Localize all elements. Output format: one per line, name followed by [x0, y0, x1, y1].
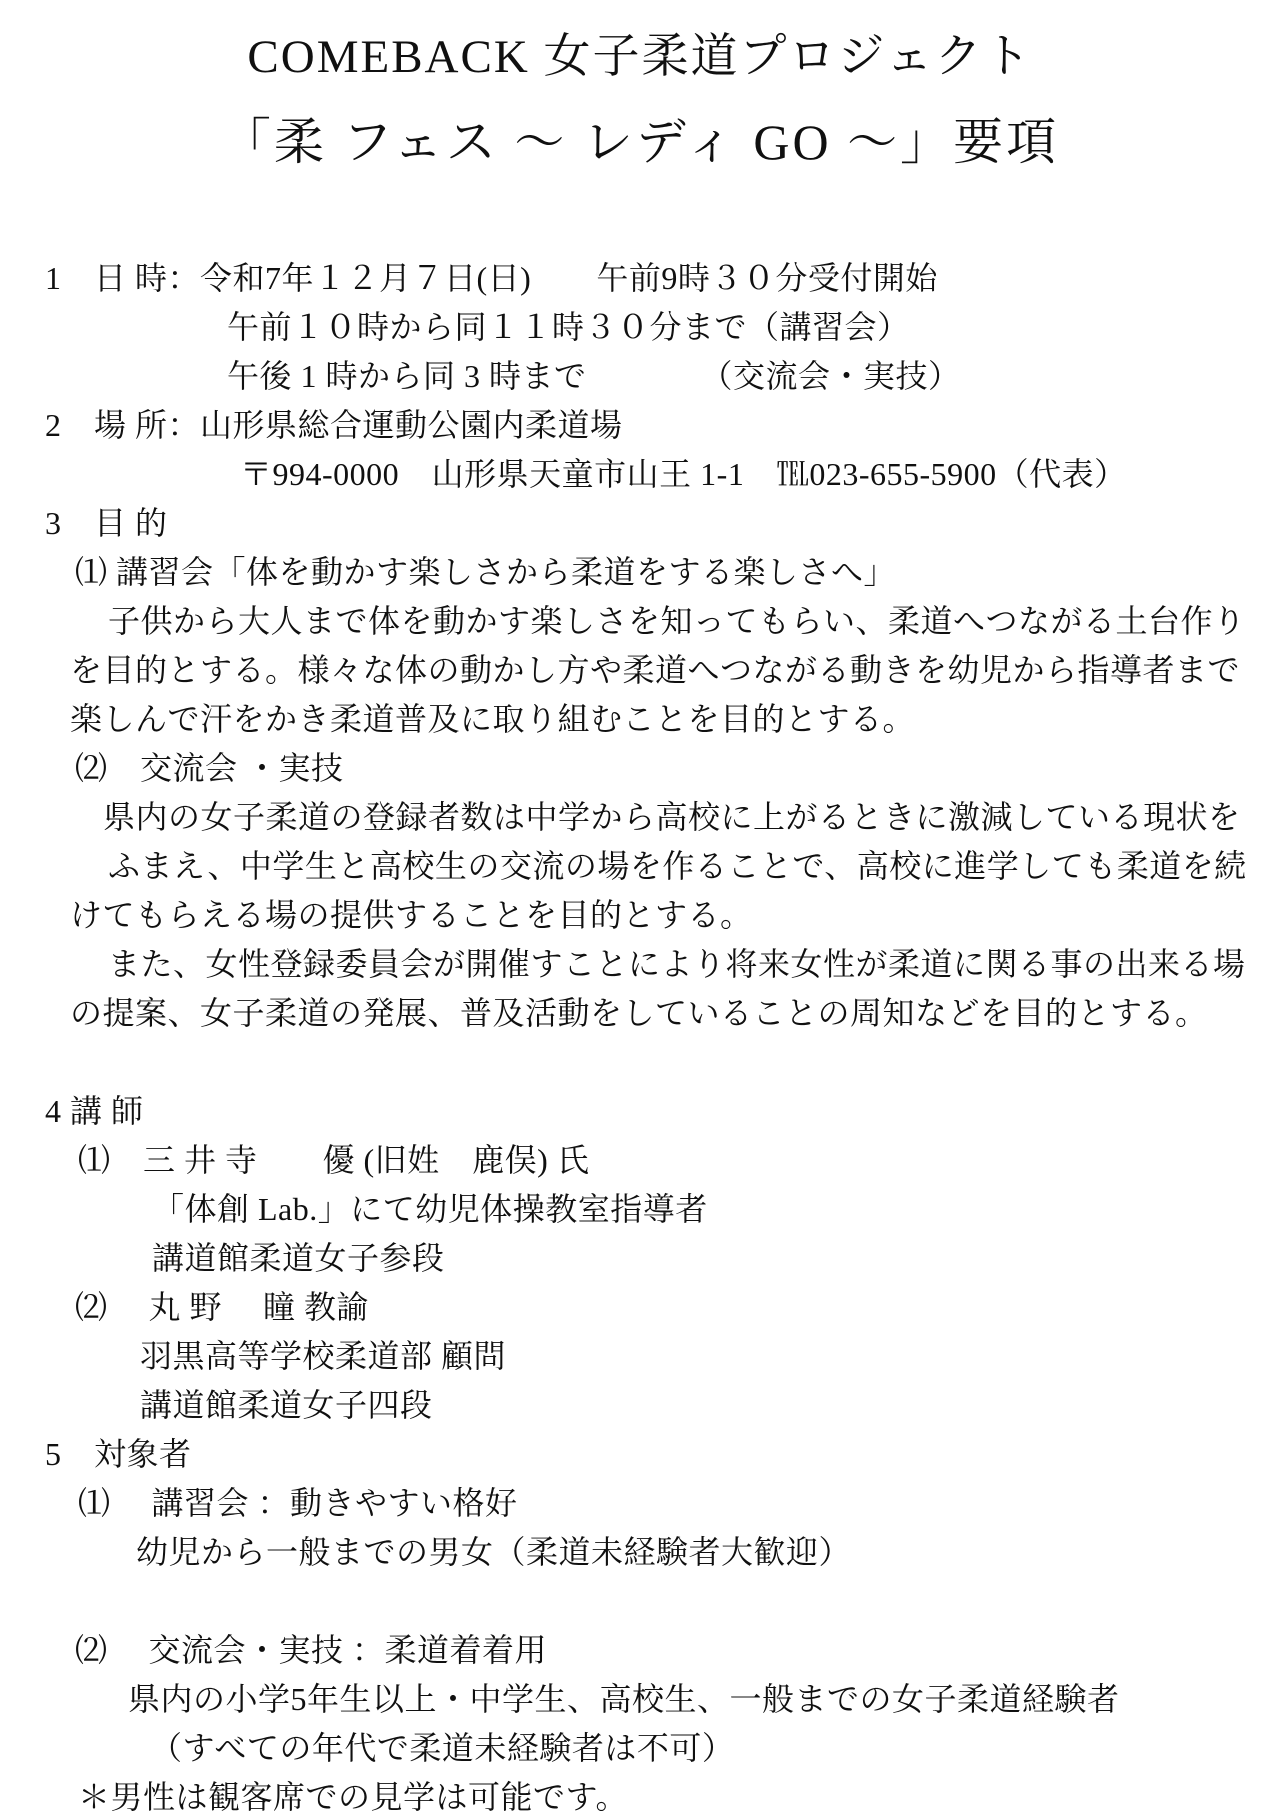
- document-body: 1 日 時：令和7年１２月７日(日) 午前9時３０分受付開始午前１０時から同１１…: [0, 254, 1280, 1814]
- document-line: 講道館柔道女子四段: [0, 1381, 1280, 1430]
- document-line: けてもらえる場の提供することを目的とする。: [0, 891, 1280, 940]
- document-line: ⑵ 交流会・実技 ：柔道着着用: [0, 1626, 1280, 1675]
- document-line: 〒994-0000 山形県天童市山王 1-1 ℡023-655-5900（代表）: [0, 450, 1280, 499]
- document-line: 講道館柔道女子参段: [0, 1234, 1280, 1283]
- document-blank-line: [0, 1577, 1280, 1626]
- document-line: 午前１０時から同１１時３０分まで（講習会）: [0, 303, 1280, 352]
- document-line: 3 目 的: [0, 499, 1280, 548]
- document-line: 羽黒高等学校柔道部 顧問: [0, 1332, 1280, 1381]
- document-line: ふまえ、中学生と高校生の交流の場を作ることで、高校に進学しても柔道を続: [0, 842, 1280, 891]
- document-line: 幼児から一般までの男女（柔道未経験者大歓迎）: [0, 1528, 1280, 1577]
- document-line: ＊男性は観客席での見学は可能です。: [0, 1773, 1280, 1814]
- document-line: の提案、女子柔道の発展、普及活動をしていることの周知などを目的とする。: [0, 989, 1280, 1038]
- document-line: 県内の女子柔道の登録者数は中学から高校に上がるときに激減している現状を: [0, 793, 1280, 842]
- document-line: また、女性登録委員会が開催すことにより将来女性が柔道に関る事の出来る場: [0, 940, 1280, 989]
- document-line: 子供から大人まで体を動かす楽しさを知ってもらい、柔道へつながる土台作り: [0, 597, 1280, 646]
- document-blank-line: [0, 1038, 1280, 1087]
- document-line: 午後 1 時から同 3 時まで （交流会・実技）: [0, 352, 1280, 401]
- document-line: 5 対象者: [0, 1430, 1280, 1479]
- document-line: ⑵ 丸 野 瞳 教諭: [0, 1283, 1280, 1332]
- document-line: 4 講 師: [0, 1087, 1280, 1136]
- document-line: 1 日 時：令和7年１２月７日(日) 午前9時３０分受付開始: [0, 254, 1280, 303]
- document-line: を目的とする。様々な体の動かし方や柔道へつながる動きを幼児から指導者まで: [0, 646, 1280, 695]
- document-title-line1: COMEBACK 女子柔道プロジェクト: [0, 0, 1280, 88]
- document-line: ⑵ 交流会 ・実技: [0, 744, 1280, 793]
- document-line: 2 場 所：山形県総合運動公園内柔道場: [0, 401, 1280, 450]
- document-line: 県内の小学5年生以上・中学生、高校生、一般までの女子柔道経験者: [0, 1675, 1280, 1724]
- document-line: ⑴ 三 井 寺 優 (旧姓 鹿俣) 氏: [0, 1136, 1280, 1185]
- document-line: 「体創 Lab.」にて幼児体操教室指導者: [0, 1185, 1280, 1234]
- document-line: ⑴ 講習会「体を動かす楽しさから柔道をする楽しさへ」: [0, 548, 1280, 597]
- document-line: ⑴ 講習会 ：動きやすい格好: [0, 1479, 1280, 1528]
- document-line: 楽しんで汗をかき柔道普及に取り組むことを目的とする。: [0, 695, 1280, 744]
- document-title-line2: 「柔 フェス ～ レディ GO ～」要項: [0, 110, 1280, 174]
- document-page: COMEBACK 女子柔道プロジェクト 「柔 フェス ～ レディ GO ～」要項…: [0, 0, 1280, 1814]
- document-line: （すべての年代で柔道未経験者は不可）: [0, 1724, 1280, 1773]
